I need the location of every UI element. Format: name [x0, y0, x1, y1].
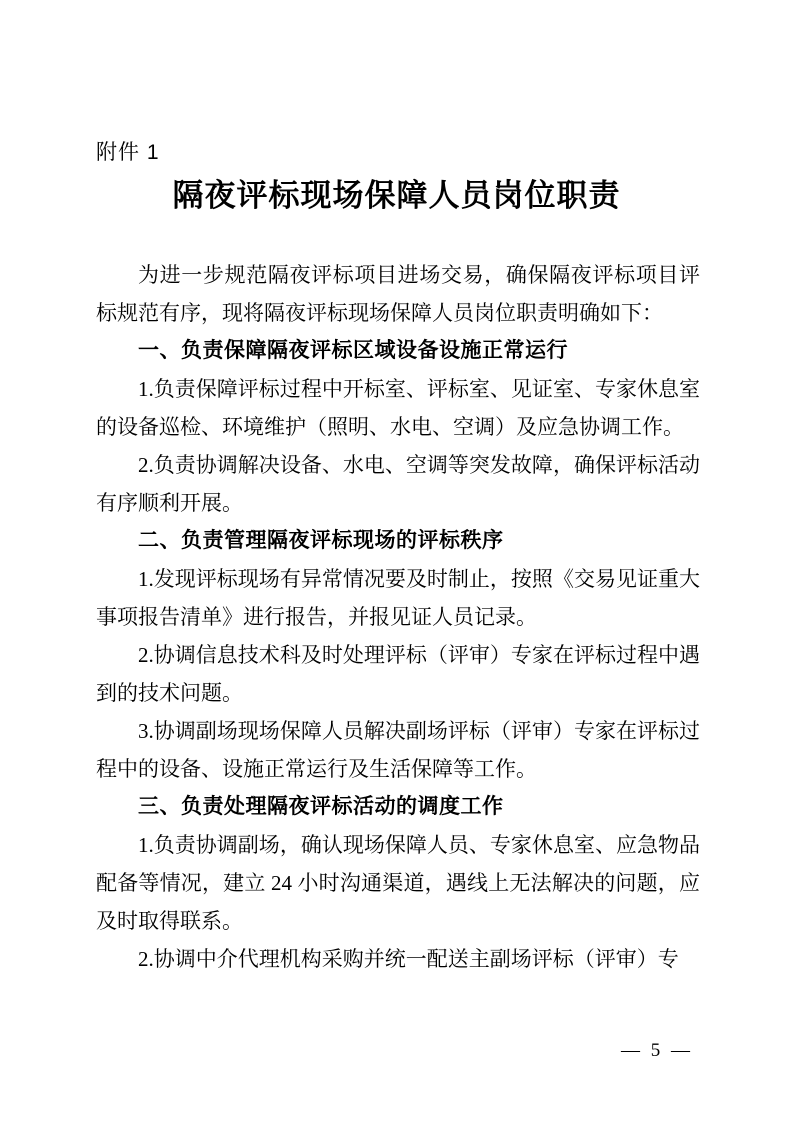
- document-body: 为进一步规范隔夜评标项目进场交易，确保隔夜评标项目评标规范有序，现将隔夜评标现场…: [96, 256, 700, 978]
- section-3-item-2: 2.协调中介代理机构采购并统一配送主副场评标（评审）专: [96, 940, 700, 978]
- section-1-heading: 一、负责保障隔夜评标区域设备设施正常运行: [96, 332, 700, 370]
- section-1-item-1: 1.负责保障评标过程中开标室、评标室、见证室、专家休息室的设备巡检、环境维护（照…: [96, 370, 700, 446]
- attachment-label: 附件 1: [96, 140, 160, 166]
- page-number: — 5 —: [621, 1040, 693, 1062]
- section-3-item-1: 1.负责协调副场，确认现场保障人员、专家休息室、应急物品配备等情况，建立 24 …: [96, 826, 700, 940]
- section-3-heading: 三、负责处理隔夜评标活动的调度工作: [96, 788, 700, 826]
- section-2-heading: 二、负责管理隔夜评标现场的评标秩序: [96, 522, 700, 560]
- document-title: 隔夜评标现场保障人员岗位职责: [0, 176, 793, 216]
- section-2-item-2: 2.协调信息技术科及时处理评标（评审）专家在评标过程中遇到的技术问题。: [96, 636, 700, 712]
- document-page: 附件 1 隔夜评标现场保障人员岗位职责 为进一步规范隔夜评标项目进场交易，确保隔…: [0, 0, 793, 1122]
- section-2-item-3: 3.协调副场现场保障人员解决副场评标（评审）专家在评标过程中的设备、设施正常运行…: [96, 712, 700, 788]
- intro-paragraph: 为进一步规范隔夜评标项目进场交易，确保隔夜评标项目评标规范有序，现将隔夜评标现场…: [96, 256, 700, 332]
- section-2-item-1: 1.发现评标现场有异常情况要及时制止，按照《交易见证重大事项报告清单》进行报告，…: [96, 560, 700, 636]
- section-1-item-2: 2.负责协调解决设备、水电、空调等突发故障，确保评标活动有序顺利开展。: [96, 446, 700, 522]
